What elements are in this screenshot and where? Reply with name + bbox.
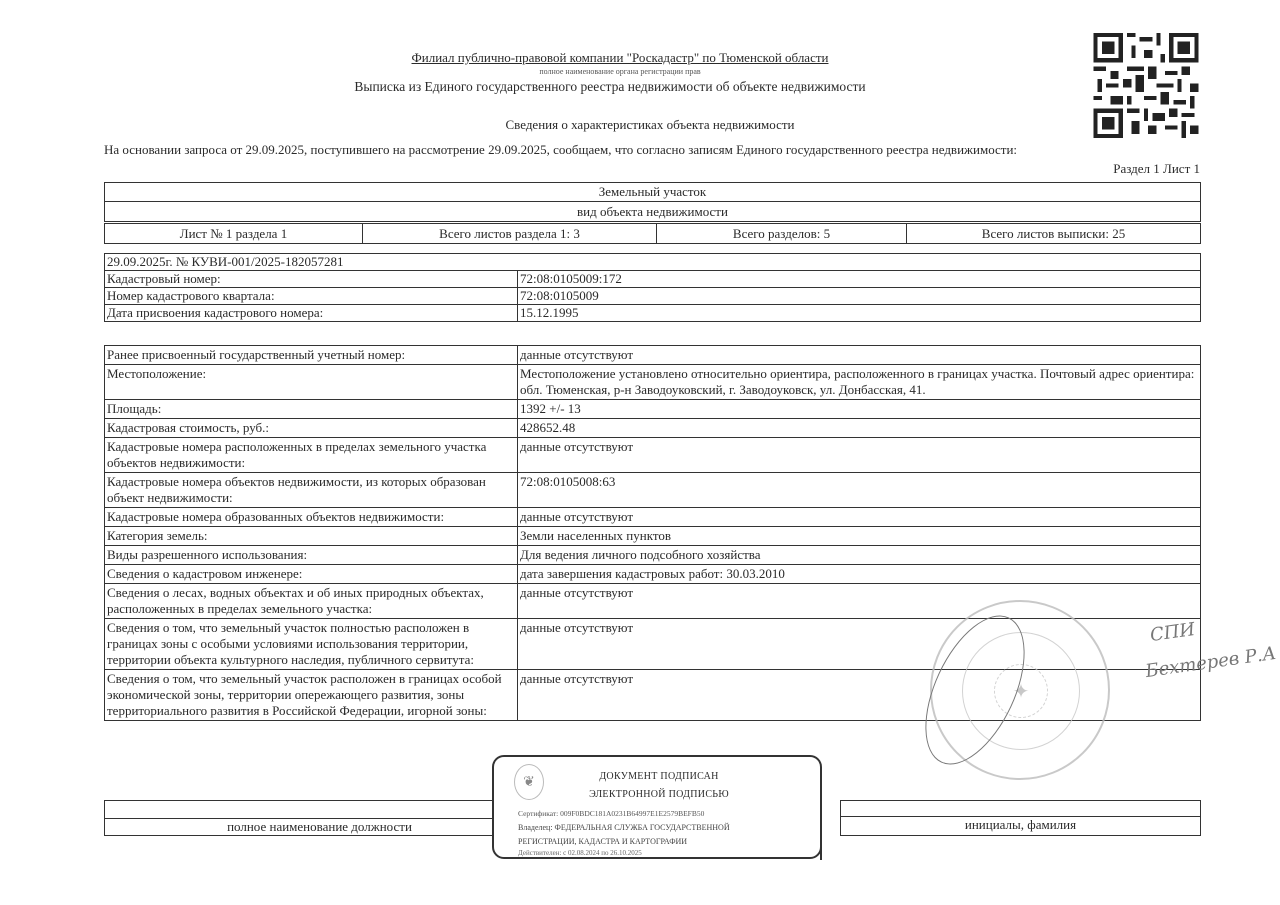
- electronic-signature-box: ❦ ДОКУМЕНТ ПОДПИСАН ЭЛЕКТРОННОЙ ПОДПИСЬЮ…: [492, 755, 822, 859]
- row-key: Кадастровые номера расположенных в преде…: [105, 438, 518, 472]
- ecp-owner-2: РЕГИСТРАЦИИ, КАДАСТРА И КАРТОГРАФИИ: [518, 837, 687, 846]
- row-key: Сведения о том, что земельный участок по…: [105, 619, 518, 669]
- record-number: 29.09.2025г. № КУВИ-001/2025-182057281: [105, 254, 1200, 271]
- row-key: Местоположение:: [105, 365, 518, 399]
- row-value: 428652.48: [518, 419, 1200, 437]
- ecp-certificate: Сертификат: 009F0BDC181A0231B64997E1E257…: [518, 809, 704, 818]
- row-value: 72:08:0105009: [518, 288, 1200, 304]
- table-row: Виды разрешенного использования:Для веде…: [105, 546, 1200, 565]
- sheet-info-table: Лист № 1 раздела 1 Всего листов раздела …: [104, 223, 1201, 244]
- name-field: инициалы, фамилия: [840, 800, 1201, 836]
- row-value: дата завершения кадастровых работ: 30.03…: [518, 565, 1200, 583]
- table-row: Сведения о кадастровом инженере:дата зав…: [105, 565, 1200, 584]
- position-caption: полное наименование должности: [105, 819, 494, 835]
- ecp-owner-1: Владелец: ФЕДЕРАЛЬНАЯ СЛУЖБА ГОСУДАРСТВЕ…: [518, 823, 730, 832]
- table-row: Кадастровые номера объектов недвижимости…: [105, 473, 1200, 508]
- intro-text: На основании запроса от 29.09.2025, пост…: [104, 142, 1224, 158]
- row-key: Кадастровые номера объектов недвижимости…: [105, 473, 518, 507]
- ecp-title-2: ЭЛЕКТРОННОЙ ПОДПИСЬЮ: [494, 789, 824, 800]
- row-value: Для ведения личного подсобного хозяйства: [518, 546, 1200, 564]
- row-key: Номер кадастрового квартала:: [105, 288, 518, 304]
- table-row: Ранее присвоенный государственный учетны…: [105, 346, 1200, 365]
- position-field: полное наименование должности: [104, 800, 494, 836]
- table-row: Категория земель:Земли населенных пункто…: [105, 527, 1200, 546]
- row-key: Кадастровые номера образованных объектов…: [105, 508, 518, 526]
- ecp-title-1: ДОКУМЕНТ ПОДПИСАН: [494, 771, 824, 782]
- ecp-validity: Действителен: с 02.08.2024 по 26.10.2025: [518, 849, 642, 857]
- row-key: Площадь:: [105, 400, 518, 418]
- row-value: Местоположение установлено относительно …: [518, 365, 1200, 399]
- row-key: Дата присвоения кадастрового номера:: [105, 305, 518, 321]
- sheet-number: Лист № 1 раздела 1: [105, 224, 363, 243]
- table-row: Кадастровая стоимость, руб.:428652.48: [105, 419, 1200, 438]
- document-subtitle: Сведения о характеристиках объекта недви…: [350, 117, 950, 133]
- row-value: данные отсутствуют: [518, 584, 1200, 618]
- row-value: 15.12.1995: [518, 305, 1200, 321]
- table-row: Кадастровый номер: 72:08:0105009:172: [105, 271, 1200, 288]
- record-table: 29.09.2025г. № КУВИ-001/2025-182057281 К…: [104, 253, 1201, 322]
- organization-name: Филиал публично-правовой компании "Роска…: [320, 50, 920, 66]
- row-value: Земли населенных пунктов: [518, 527, 1200, 545]
- organization-caption: полное наименование органа регистрации п…: [320, 67, 920, 76]
- sheets-in-section: Всего листов раздела 1: 3: [363, 224, 657, 243]
- table-row: Местоположение:Местоположение установлен…: [105, 365, 1200, 400]
- row-key: Сведения о лесах, водных объектах и об и…: [105, 584, 518, 618]
- document-title: Выписка из Единого государственного реес…: [260, 79, 960, 95]
- object-type-table: Земельный участок вид объекта недвижимос…: [104, 182, 1201, 222]
- section-reference: Раздел 1 Лист 1: [1113, 161, 1200, 177]
- table-row: Площадь:1392 +/- 13: [105, 400, 1200, 419]
- name-caption: инициалы, фамилия: [841, 817, 1200, 833]
- row-value: данные отсутствуют: [518, 508, 1200, 526]
- row-value: 72:08:0105008:63: [518, 473, 1200, 507]
- row-value: данные отсутствуют: [518, 438, 1200, 472]
- row-key: Ранее присвоенный государственный учетны…: [105, 346, 518, 364]
- table-row: Кадастровые номера образованных объектов…: [105, 508, 1200, 527]
- row-value: 72:08:0105009:172: [518, 271, 1200, 287]
- total-sections: Всего разделов: 5: [657, 224, 907, 243]
- row-key: Виды разрешенного использования:: [105, 546, 518, 564]
- row-key: Сведения о кадастровом инженере:: [105, 565, 518, 583]
- row-key: Сведения о том, что земельный участок ра…: [105, 670, 518, 720]
- table-row: Кадастровые номера расположенных в преде…: [105, 438, 1200, 473]
- object-type-caption: вид объекта недвижимости: [105, 202, 1200, 221]
- row-value: данные отсутствуют: [518, 346, 1200, 364]
- row-value: 1392 +/- 13: [518, 400, 1200, 418]
- object-type: Земельный участок: [105, 183, 1200, 202]
- row-key: Кадастровая стоимость, руб.:: [105, 419, 518, 437]
- qr-code-icon: [1091, 33, 1201, 138]
- row-key: Категория земель:: [105, 527, 518, 545]
- total-sheets: Всего листов выписки: 25: [907, 224, 1200, 243]
- table-row: Дата присвоения кадастрового номера: 15.…: [105, 305, 1200, 321]
- row-key: Кадастровый номер:: [105, 271, 518, 287]
- table-row: Номер кадастрового квартала: 72:08:01050…: [105, 288, 1200, 305]
